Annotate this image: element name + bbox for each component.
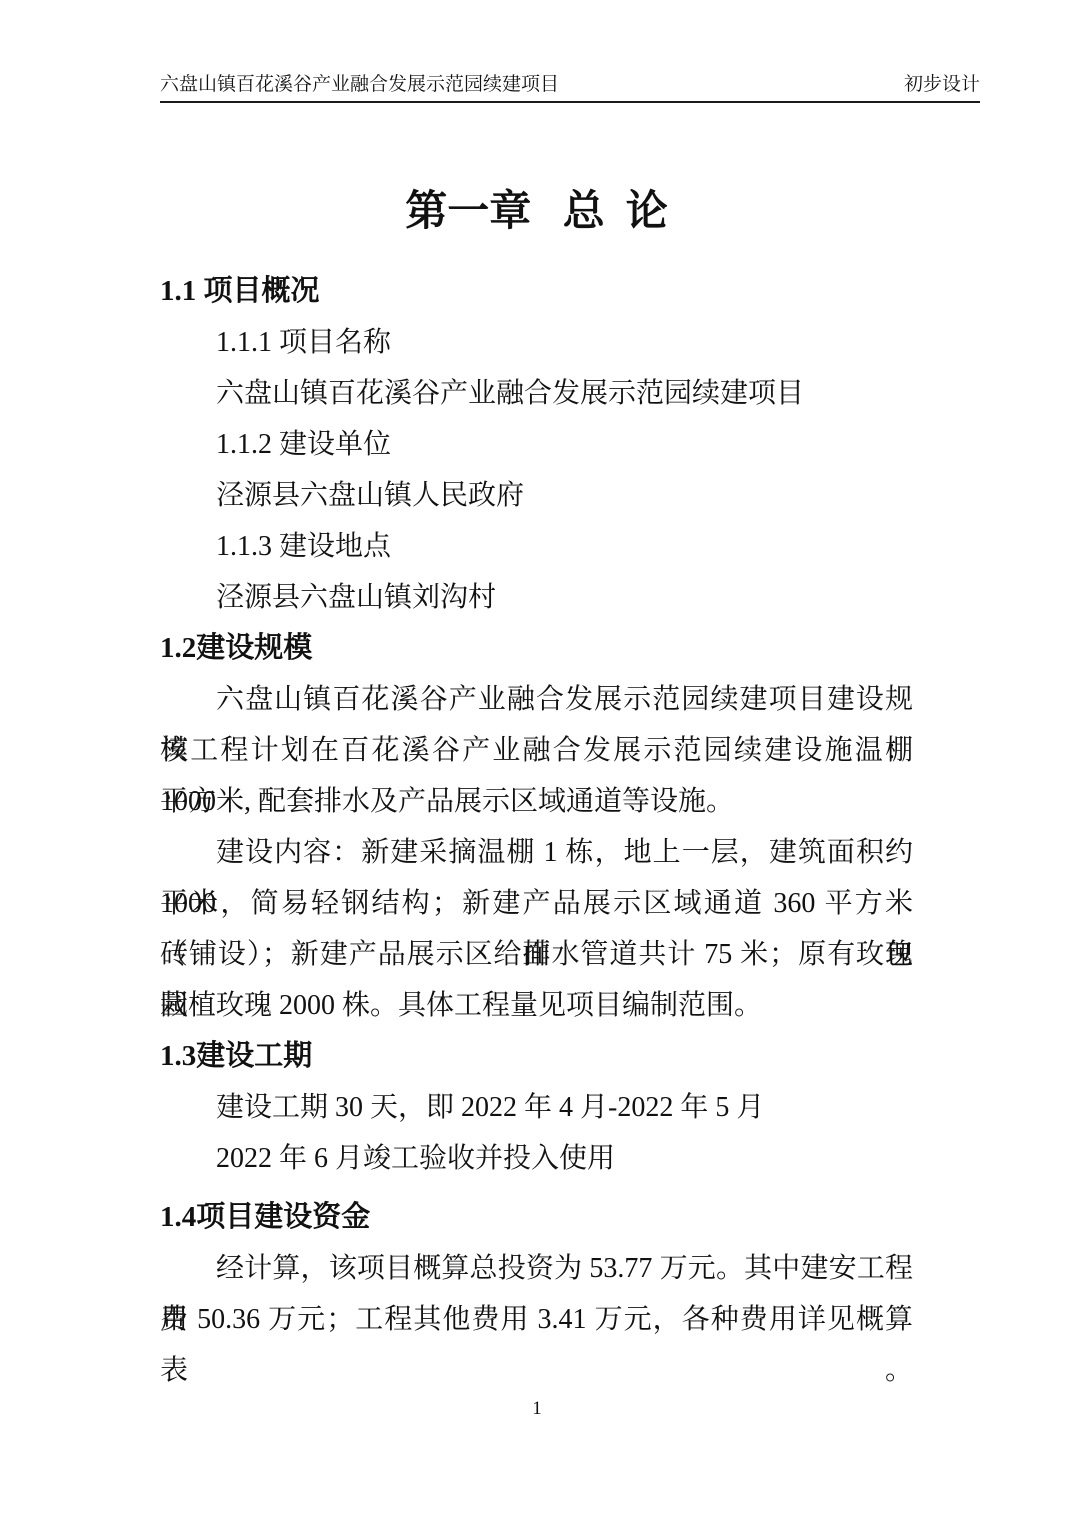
funding-paragraph-line: 用 50.36 万元；工程其他费用 3.41 万元，各种费用详见概算表。 — [160, 1294, 913, 1345]
section-heading-1-4: 1.4项目建设资金 — [160, 1192, 913, 1243]
scale-paragraph-line: 平方米, 配套排水及产品展示区域通道等设施。 — [160, 776, 913, 827]
content-paragraph-line: 平米，简易轻钢结构；新建产品展示区域通道 360 平方米（面包 — [160, 878, 913, 929]
document-page: 六盘山镇百花溪谷产业融合发展示范园续建项目 初步设计 第一章 总 论 1.1 项… — [0, 0, 1074, 1520]
page-header: 六盘山镇百花溪谷产业融合发展示范园续建项目 初步设计 — [160, 74, 980, 103]
scale-paragraph-line: 该工程计划在百花溪谷产业融合发展示范园续建设施温棚 1000 — [160, 725, 913, 776]
page-content: 第一章 总 论 1.1 项目概况 1.1.1 项目名称 六盘山镇百花溪谷产业融合… — [160, 170, 913, 1345]
schedule-line: 建设工期 30 天，即 2022 年 4 月-2022 年 5 月 — [160, 1082, 913, 1133]
section-heading-1-3: 1.3建设工期 — [160, 1031, 913, 1082]
page-footer: 1 — [0, 1398, 1074, 1420]
section-heading-1-2: 1.2建设规模 — [160, 623, 913, 674]
subsection-heading-1-1-1: 1.1.1 项目名称 — [160, 317, 913, 368]
content-paragraph-line: 砖铺设）；新建产品展示区给排水管道共计 75 米；原有玫瑰园 — [160, 929, 913, 980]
header-right-label: 初步设计 — [904, 74, 980, 96]
content-paragraph-line: 建设内容：新建采摘温棚 1 栋，地上一层，建筑面积约 1000 — [160, 827, 913, 878]
funding-paragraph-line: 经计算，该项目概算总投资为 53.77 万元。其中建安工程费 — [160, 1243, 913, 1294]
construction-site-text: 泾源县六盘山镇刘沟村 — [160, 572, 913, 623]
construction-unit-text: 泾源县六盘山镇人民政府 — [160, 470, 913, 521]
chapter-title: 第一章 总 论 — [160, 184, 913, 240]
project-name-text: 六盘山镇百花溪谷产业融合发展示范园续建项目 — [160, 368, 913, 419]
section-heading-1-1: 1.1 项目概况 — [160, 266, 913, 317]
header-left-title: 六盘山镇百花溪谷产业融合发展示范园续建项目 — [160, 74, 559, 96]
scale-paragraph-line: 六盘山镇百花溪谷产业融合发展示范园续建项目建设规模： — [160, 674, 913, 725]
page-number: 1 — [532, 1398, 542, 1419]
schedule-line: 2022 年 6 月竣工验收并投入使用 — [160, 1133, 913, 1184]
content-paragraph-line: 栽植玫瑰 2000 株。具体工程量见项目编制范围。 — [160, 980, 913, 1031]
subsection-heading-1-1-2: 1.1.2 建设单位 — [160, 419, 913, 470]
subsection-heading-1-1-3: 1.1.3 建设地点 — [160, 521, 913, 572]
